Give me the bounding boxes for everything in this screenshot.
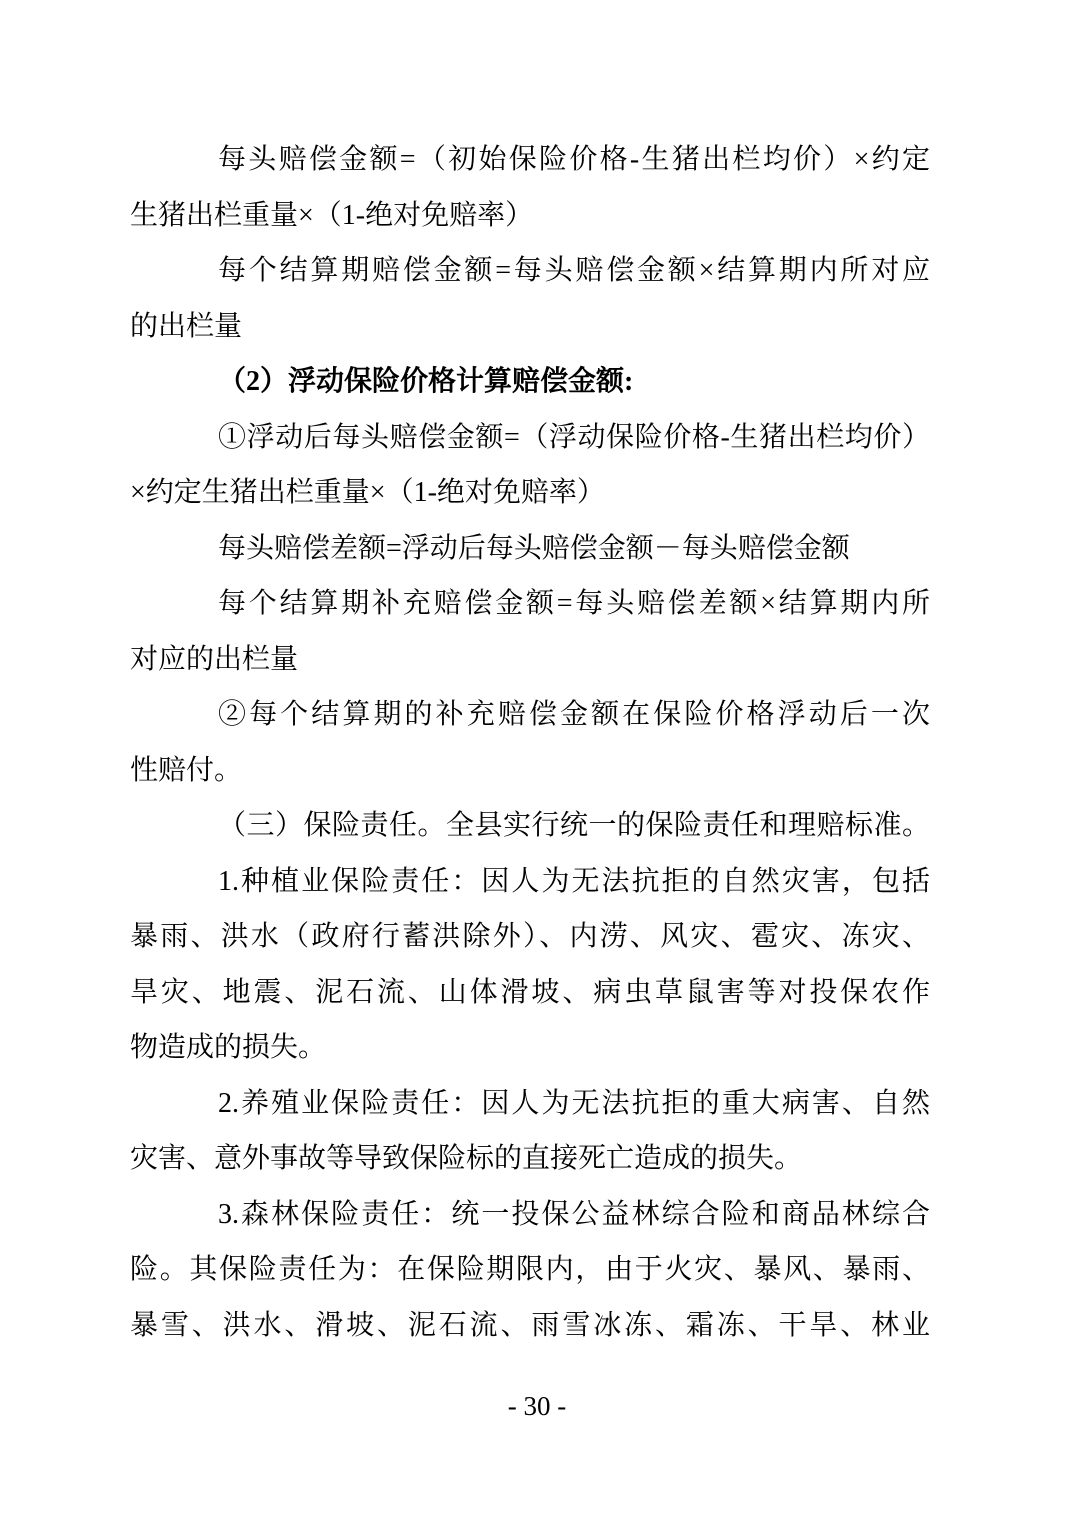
text-line: 生猪出栏重量×（1-绝对免赔率） (130, 188, 930, 244)
text-line: ②每个结算期的补充赔偿金额在保险价格浮动后一次 (130, 687, 930, 743)
text-line: 每头赔偿金额=（初始保险价格-生猪出栏均价）×约定 (130, 132, 930, 188)
document-page: 每头赔偿金额=（初始保险价格-生猪出栏均价）×约定生猪出栏重量×（1-绝对免赔率… (0, 0, 1074, 1520)
para-per-head-difference-formula: 每头赔偿差额=浮动后每头赔偿金额－每头赔偿金额 (130, 521, 930, 577)
text-line: 物造成的损失。 (130, 1020, 930, 1076)
text-line: 性赔付。 (130, 743, 930, 799)
text-line: 旱灾、地震、泥石流、山体滑坡、病虫草鼠害等对投保农作 (130, 965, 930, 1021)
text-line: 每个结算期补充赔偿金额=每头赔偿差额×结算期内所 (130, 576, 930, 632)
text-line: 每头赔偿差额=浮动后每头赔偿金额－每头赔偿金额 (130, 521, 930, 577)
para-per-head-compensation-formula: 每头赔偿金额=（初始保险价格-生猪出栏均价）×约定生猪出栏重量×（1-绝对免赔率… (130, 132, 930, 243)
para-heading-insurance-liability: （三）保险责任。全县实行统一的保险责任和理赔标准。 (130, 798, 930, 854)
text-line: （三）保险责任。全县实行统一的保险责任和理赔标准。 (130, 798, 930, 854)
text-line: （2）浮动保险价格计算赔偿金额: (130, 354, 930, 410)
text-line: 的出栏量 (130, 299, 930, 355)
para-planting-insurance-liability: 1.种植业保险责任：因人为无法抗拒的自然灾害，包括暴雨、洪水（政府行蓄洪除外）、… (130, 854, 930, 1076)
para-breeding-insurance-liability: 2.养殖业保险责任：因人为无法抗拒的重大病害、自然灾害、意外事故等导致保险标的直… (130, 1076, 930, 1187)
text-line: 险。其保险责任为：在保险期限内，由于火灾、暴风、暴雨、 (130, 1242, 930, 1298)
text-line: 1.种植业保险责任：因人为无法抗拒的自然灾害，包括 (130, 854, 930, 910)
para-forest-insurance-liability: 3.森林保险责任：统一投保公益林综合险和商品林综合险。其保险责任为：在保险期限内… (130, 1187, 930, 1354)
text-line: 灾害、意外事故等导致保险标的直接死亡造成的损失。 (130, 1131, 930, 1187)
text-line: 3.森林保险责任：统一投保公益林综合险和商品林综合 (130, 1187, 930, 1243)
text-line: 暴雨、洪水（政府行蓄洪除外）、内涝、风灾、雹灾、冻灾、 (130, 909, 930, 965)
text-line: 暴雪、洪水、滑坡、泥石流、雨雪冰冻、霜冻、干旱、林业 (130, 1298, 930, 1354)
para-floating-per-head-formula: ①浮动后每头赔偿金额=（浮动保险价格-生猪出栏均价）×约定生猪出栏重量×（1-绝… (130, 410, 930, 521)
text-line: ×约定生猪出栏重量×（1-绝对免赔率） (130, 465, 930, 521)
text-line: 每个结算期赔偿金额=每头赔偿金额×结算期内所对应 (130, 243, 930, 299)
text-line: 对应的出栏量 (130, 632, 930, 688)
para-one-time-payment: ②每个结算期的补充赔偿金额在保险价格浮动后一次性赔付。 (130, 687, 930, 798)
text-line: ①浮动后每头赔偿金额=（浮动保险价格-生猪出栏均价） (130, 410, 930, 466)
para-settlement-period-compensation-formula: 每个结算期赔偿金额=每头赔偿金额×结算期内所对应的出栏量 (130, 243, 930, 354)
para-heading-floating-price: （2）浮动保险价格计算赔偿金额: (130, 354, 930, 410)
text-block: 每头赔偿金额=（初始保险价格-生猪出栏均价）×约定生猪出栏重量×（1-绝对免赔率… (130, 132, 930, 1353)
para-supplementary-compensation-formula: 每个结算期补充赔偿金额=每头赔偿差额×结算期内所对应的出栏量 (130, 576, 930, 687)
text-line: 2.养殖业保险责任：因人为无法抗拒的重大病害、自然 (130, 1076, 930, 1132)
page-number: - 30 - (0, 1386, 1074, 1426)
